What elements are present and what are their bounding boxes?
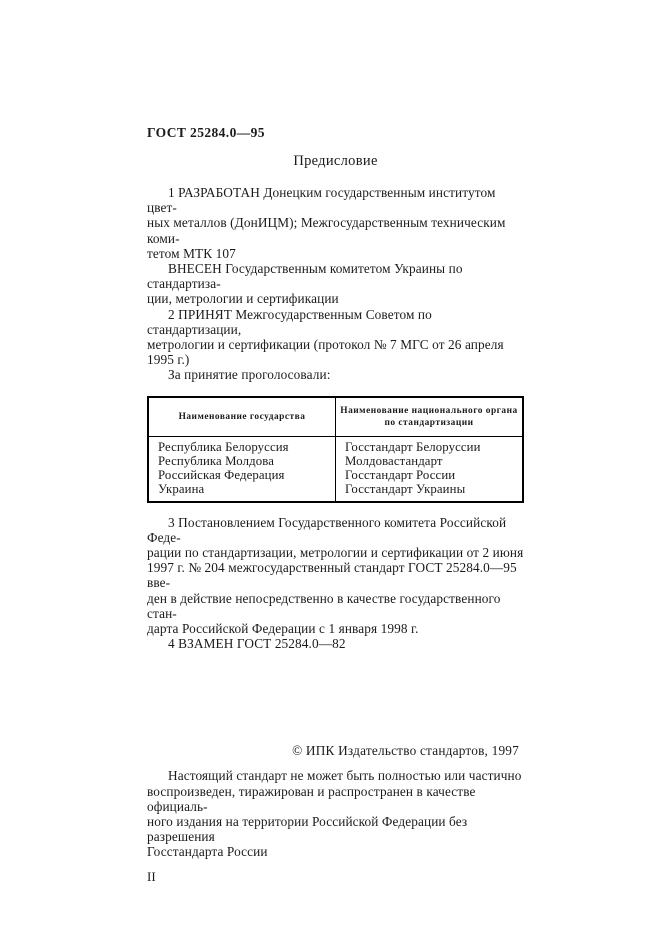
paragraph-replaces: 4 ВЗАМЕН ГОСТ 25284.0—82 [147,636,524,651]
page-title: Предисловие [147,153,524,170]
table-header-country: Наименование государства [148,397,336,437]
table-column-organizations: Госстандарт Белоруссии Молдовастандарт Г… [336,436,524,502]
table-column-countries: Республика Белоруссия Республика Молдова… [148,436,336,502]
paragraph-adopted: 2 ПРИНЯТ Межгосударственным Советом по с… [147,307,524,368]
table-cell-country: Украина [158,482,331,496]
table-header-row: Наименование государства Наименование на… [148,397,523,437]
table-cell-country: Республика Молдова [158,454,331,468]
table-cell-country: Российская Федерация [158,468,331,482]
reproduction-notice: Настоящий стандарт не может быть полност… [147,768,524,859]
table-cell-organization: Молдовастандарт [345,454,518,468]
paragraph-voting-intro: За принятие проголосовали: [147,367,524,382]
paragraph-developed: 1 РАЗРАБОТАН Донецким государственным ин… [147,185,524,261]
voting-table-body: Республика Белоруссия Республика Молдова… [148,436,523,502]
paragraph-decree: 3 Постановлением Государственного комите… [147,515,524,637]
voting-table: Наименование государства Наименование на… [147,396,524,503]
page-number: II [147,869,524,885]
copyright-line: © ИПК Издательство стандартов, 1997 [147,743,524,759]
text-block: ГОСТ 25284.0—95 Предисловие 1 РАЗРАБОТАН… [147,125,524,885]
table-cell-organization: Госстандарт Украины [345,482,518,496]
document-page: ГОСТ 25284.0—95 Предисловие 1 РАЗРАБОТАН… [0,0,661,936]
table-cell-organization: Госстандарт Белоруссии [345,440,518,454]
doc-code: ГОСТ 25284.0—95 [147,125,524,141]
table-header-organization: Наименование национального органа по ста… [336,397,524,437]
paragraph-submitted: ВНЕСЕН Государственным комитетом Украины… [147,261,524,307]
voting-table-header: Наименование государства Наименование на… [148,397,523,437]
table-body-row: Республика Белоруссия Республика Молдова… [148,436,523,502]
table-cell-country: Республика Белоруссия [158,440,331,454]
table-cell-organization: Госстандарт России [345,468,518,482]
